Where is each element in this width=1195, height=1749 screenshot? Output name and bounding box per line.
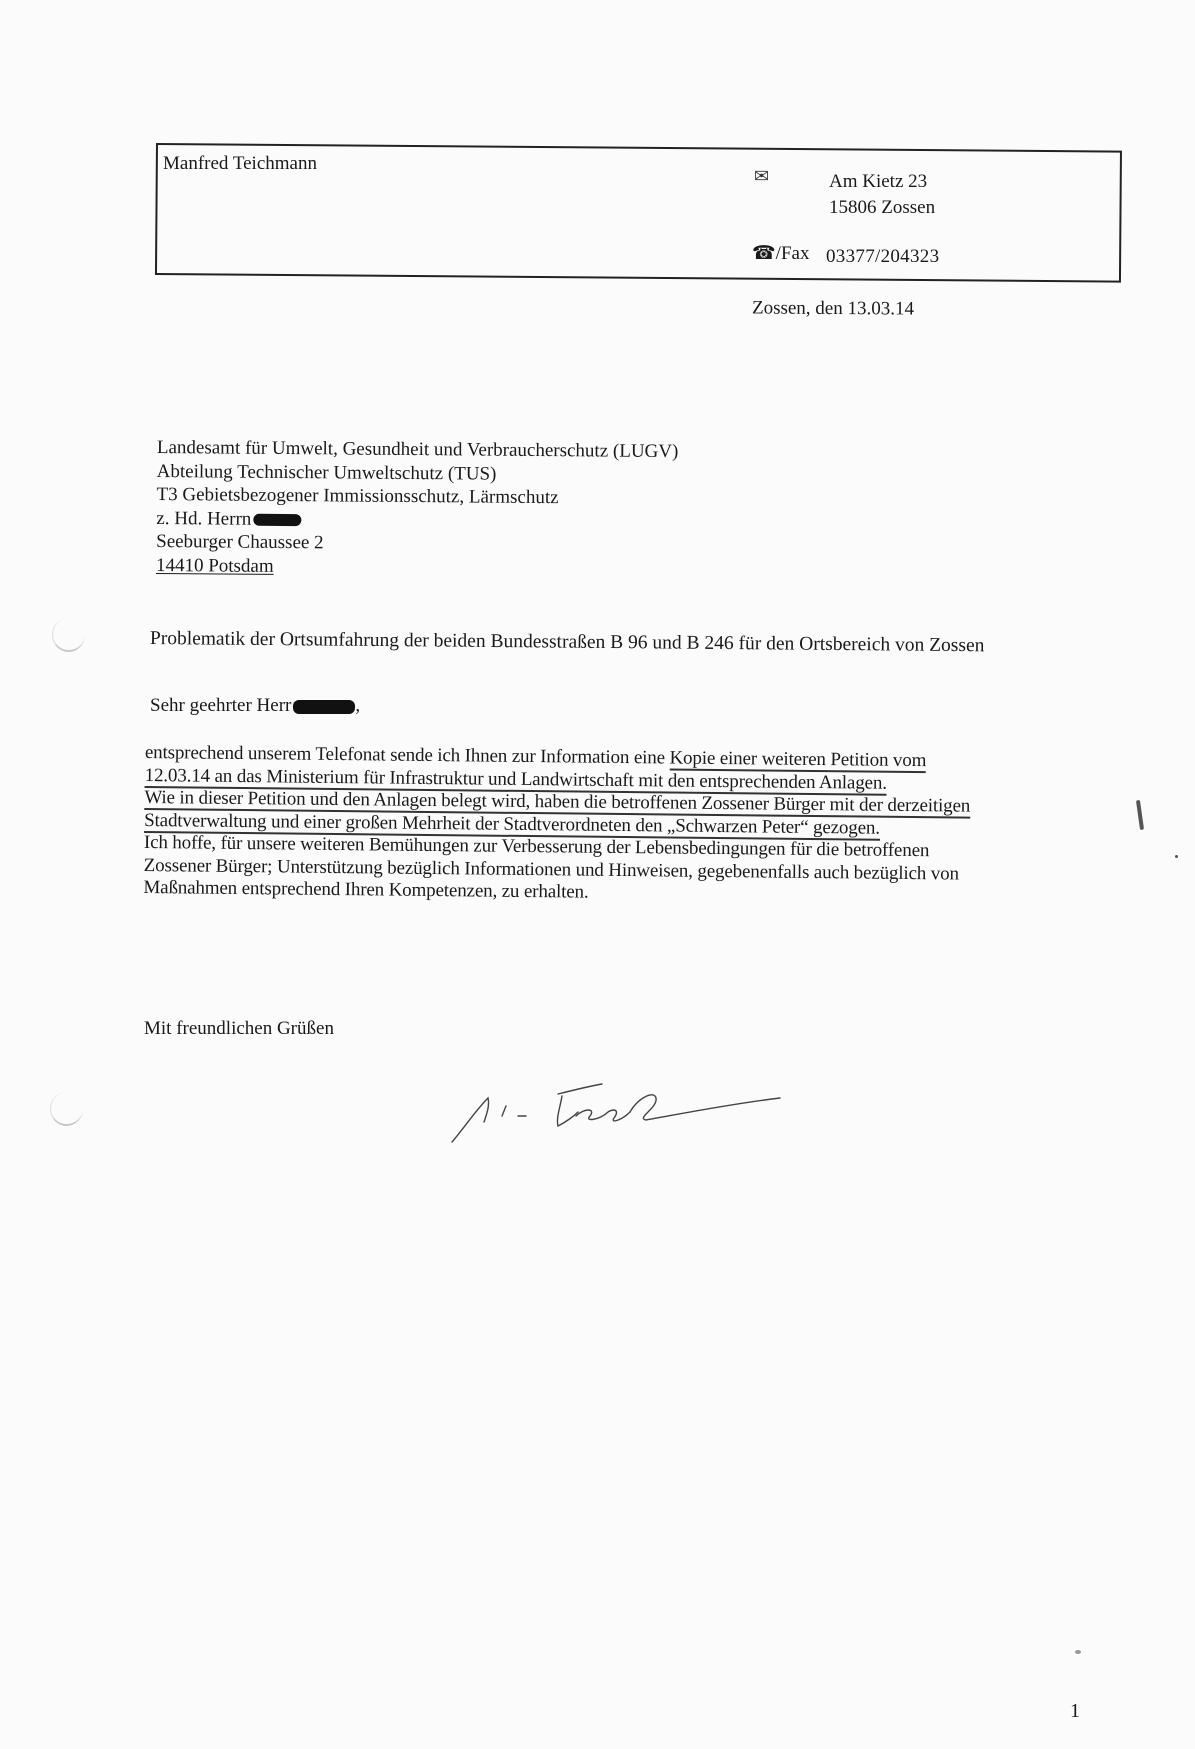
page-number: 1 [1070,1700,1080,1723]
phone-fax-label: ☎/Fax [752,243,809,265]
date-line: Zossen, den 13.03.14 [752,297,914,320]
subject-line: Problematik der Ortsumfahrung der beiden… [150,628,985,657]
letter-body: entsprechend unserem Telefonat sende ich… [143,742,970,908]
letter-page: Manfred Teichmann ✉ Am Kietz 23 15806 Zo… [0,0,1195,1749]
scan-artifact [1136,800,1144,830]
punch-hole-mark [52,618,85,652]
recipient-line: Seeburger Chaussee 2 [156,530,678,558]
recipient-city: 14410 Potsdam [156,553,678,581]
recipient-line: Landesamt für Umwelt, Gesundheit und Ver… [157,436,679,464]
punch-hole-mark [50,1092,83,1126]
sender-street: Am Kietz 23 [829,171,927,193]
telephone-icon: ☎ [752,243,776,264]
closing-line: Mit freundlichen Grüßen [144,1018,334,1040]
scan-artifact [1175,855,1178,858]
recipient-line: T3 Gebietsbezogener Immissionsschutz, Lä… [156,483,678,511]
sender-name: Manfred Teichmann [163,153,317,175]
sender-city: 15806 Zossen [829,197,935,219]
redacted-name [293,700,355,714]
redacted-name [253,514,301,526]
handwritten-signature [450,1080,850,1150]
phone-number: 03377/204323 [826,246,939,268]
scan-artifact [1075,1650,1081,1654]
salutation: Sehr geehrter Herr, [150,695,360,717]
recipient-address: Landesamt für Umwelt, Gesundheit und Ver… [156,436,679,581]
envelope-icon: ✉ [754,166,769,187]
